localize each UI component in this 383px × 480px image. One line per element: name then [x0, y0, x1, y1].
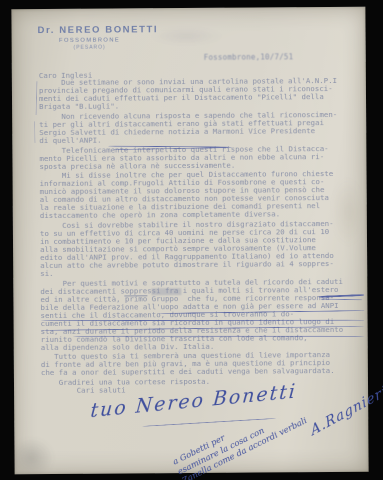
paragraph: Così si dovrebbe stabilire il nostro dis…: [40, 220, 370, 278]
letter-body: Due settimane or sono inviai una cartoli…: [39, 77, 371, 398]
letter-paper: Dr. NEREO BONETTI FOSSOMBRONE (PESARO) F…: [11, 7, 368, 474]
letter-line: che fa a onor dei superstiti e dei cadut…: [41, 367, 371, 377]
paragraph: Non ricevendo alcuna risposta e sapendo …: [39, 111, 369, 145]
typed-overstrike: [151, 288, 181, 295]
letterhead-city: FOSSOMBRONE: [38, 37, 142, 44]
pen-margin-mark: [34, 121, 36, 143]
paragraph: Per questi motivi e soprattutto a tutela…: [40, 278, 370, 352]
typed-underline: [124, 295, 147, 296]
paper-stain: [8, 437, 54, 479]
letterhead: Dr. NEREO BONETTI FOSSOMBRONE (PESARO): [37, 24, 158, 51]
pen-margin-mark: [36, 81, 38, 115]
paper-stain: [150, 26, 224, 47]
paragraph: Telefonicamente interpellato questi risp…: [39, 144, 369, 170]
letterhead-province: (PESARO): [38, 44, 142, 51]
paragraph: Mi si disse inoltre che per quel Distacc…: [40, 170, 370, 220]
letterhead-name: Dr. NEREO BONETTI: [37, 24, 158, 36]
paragraph: Tutto questo sia ti sembrerà una questio…: [41, 351, 371, 377]
date-line: Fossombrone,10/7/51: [204, 52, 294, 62]
paragraph: Due settimane or sono inviai una cartoli…: [39, 77, 369, 111]
